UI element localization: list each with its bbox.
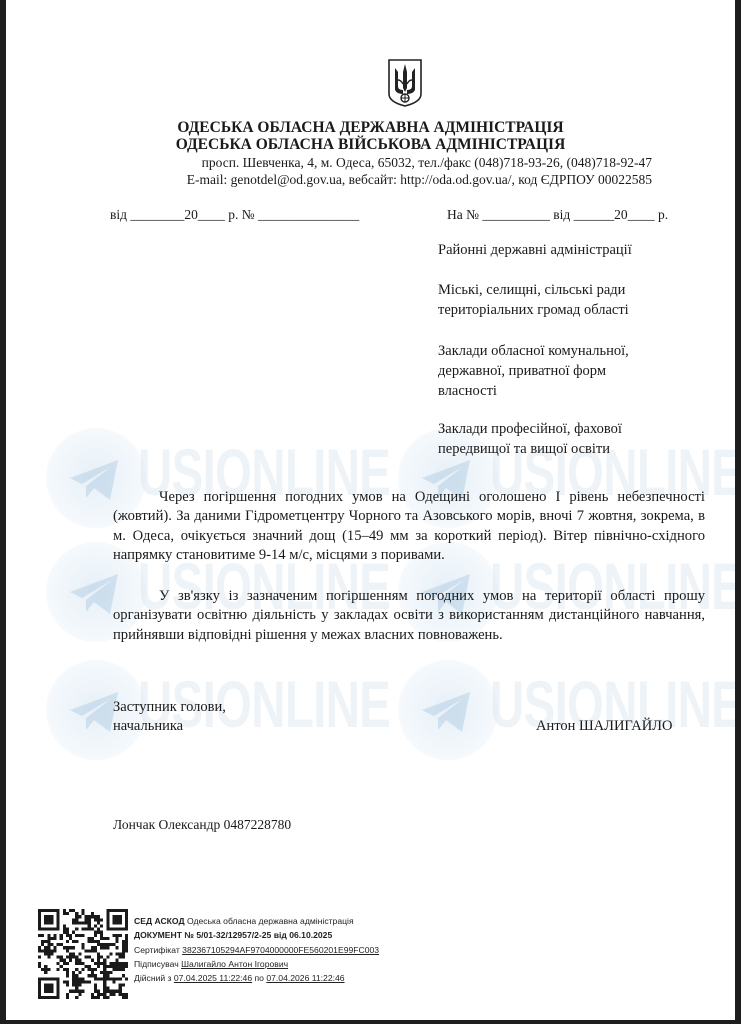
outgoing-registration-line: від ________20____ р. № _______________ — [110, 207, 359, 223]
body-paragraph-weather: Через погіршення погодних умов на Одещин… — [113, 488, 705, 565]
e-signature-validity: Дійсний з 07.04.2025 11:22:46 по 07.04.2… — [134, 971, 379, 985]
e-signature-block: СЕД АСКОД Одеська обласна державна адмін… — [134, 914, 379, 985]
contact-person: Лончак Олександр 0487228780 — [113, 817, 291, 833]
org-address: просп. Шевченка, 4, м. Одеса, 65032, тел… — [202, 155, 652, 171]
signatory-position-line-1: Заступник голови, — [113, 699, 226, 716]
signatory-name: Антон ШАЛИГАЙЛО — [536, 718, 672, 735]
ukraine-trident-coat-of-arms-icon — [387, 58, 423, 108]
e-signature-document: ДОКУМЕНТ № 5/01-32/12957/2-25 від 06.10.… — [134, 928, 379, 942]
telegram-icon — [420, 690, 474, 734]
qr-code-icon — [38, 909, 128, 999]
recipient-institutions-ownership: Заклади обласної комунальної, державної,… — [438, 341, 668, 401]
e-signature-system: СЕД АСКОД Одеська обласна державна адмін… — [134, 914, 379, 928]
e-signature-signer: Підписувач Шалигайло Антон Ігорович — [134, 957, 379, 971]
recipient-city-councils: Міські, селищні, сільські ради територіа… — [438, 280, 678, 320]
org-name-military-administration: ОДЕСЬКА ОБЛАСНА ВІЙСЬКОВА АДМІНІСТРАЦІЯ — [6, 136, 735, 154]
signatory-position-line-2: начальника — [113, 718, 183, 735]
incoming-registration-line: На № __________ від ______20____ р. — [447, 207, 668, 223]
document-page: USIONLINE USIONLINE USIONLINE USIONLINE … — [6, 0, 735, 1020]
body-paragraph-request: У зв'язку із зазначеним погіршенням пого… — [113, 587, 705, 645]
recipient-district-administrations: Районні державні адміністрації — [438, 240, 698, 260]
recipient-education-institutions: Заклади професійної, фахової передвищої … — [438, 419, 668, 459]
org-name-state-administration: ОДЕСЬКА ОБЛАСНА ДЕРЖАВНА АДМІНІСТРАЦІЯ — [6, 119, 735, 137]
e-signature-certificate: Сертифікат 382367105294AF9704000000FE560… — [134, 943, 379, 957]
org-email-website: E-mail: genotdel@od.gov.ua, вебсайт: htt… — [187, 172, 652, 188]
